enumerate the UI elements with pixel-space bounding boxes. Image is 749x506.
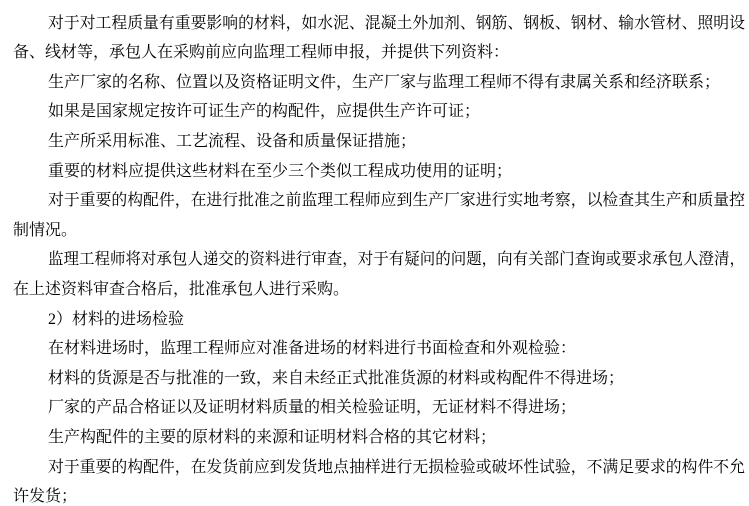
clipped-heading-line: 1）材料的质量控制 <box>13 0 749 9</box>
text-line: 对于重要的构配件，在进行批准之前监理工程师应到生产厂家进行实地考察，以检查其生产… <box>13 186 749 216</box>
text-line-content: 对于重要的构配件，在进行批准之前监理工程师应到生产厂家进行实地考察，以检查其生产… <box>48 186 745 216</box>
text-line: 在上述资料审查合格后，批准承包人进行采购。 <box>13 275 749 305</box>
text-line-content: 在上述资料审查合格后，批准承包人进行采购。 <box>13 275 349 305</box>
text-line: 生产构配件的主要的原材料的来源和证明材料合格的其它材料； <box>13 423 749 453</box>
document-text: 1）材料的质量控制 对于对工程质量有重要影响的材料，如水泥、混凝土外加剂、钢筋、… <box>13 0 749 506</box>
text-line-content: 对于对工程质量有重要影响的材料，如水泥、混凝土外加剂、钢筋、钢板、钢材、输水管材… <box>48 9 745 39</box>
subsection-heading-text: 2）材料的进场检验 <box>48 305 184 335</box>
text-line: 生产厂家的名称、位置以及资格证明文件，生产厂家与监理工程师不得有隶属关系和经济联… <box>13 68 749 98</box>
text-line: 厂家的产品合格证以及证明材料质量的相关检验证明，无证材料不得进场； <box>13 393 749 423</box>
text-line-content: 生产所采用标准、工艺流程、设备和质量保证措施； <box>48 127 416 157</box>
text-line: 材料的货源是否与批准的一致，来自未经正式批准货源的材料或构配件不得进场； <box>13 364 749 394</box>
document-page: 1）材料的质量控制 对于对工程质量有重要影响的材料，如水泥、混凝土外加剂、钢筋、… <box>0 0 749 506</box>
text-line-content: 材料的货源是否与批准的一致，来自未经正式批准货源的材料或构配件不得进场； <box>48 364 624 394</box>
text-line-content: 如果是国家规定按许可证生产的构配件，应提供生产许可证； <box>48 97 480 127</box>
text-line-content: 在材料进场时，监理工程师应对准备进场的材料进行书面检查和外观检验： <box>48 334 576 364</box>
text-line: 重要的材料应提供这些材料在至少三个类似工程成功使用的证明； <box>13 157 749 187</box>
text-line-content: 许发货； <box>13 482 77 506</box>
text-line: 许发货； <box>13 482 749 506</box>
text-line: 制情况。 <box>13 216 749 246</box>
text-line: 监理工程师将对承包人递交的资料进行审查，对于有疑问的问题，向有关部门查询或要求承… <box>13 245 749 275</box>
text-line: 对于重要的构配件，在发货前应到发货地点抽样进行无损检验或破坏性试验，不满足要求的… <box>13 453 749 483</box>
text-line-content: 监理工程师将对承包人递交的资料进行审查，对于有疑问的问题，向有关部门查询或要求承… <box>48 245 745 275</box>
text-line: 在材料进场时，监理工程师应对准备进场的材料进行书面检查和外观检验： <box>13 334 749 364</box>
clipped-heading-text: 1）材料的质量控制 <box>48 0 184 9</box>
subsection-heading-line: 2）材料的进场检验 <box>13 305 749 335</box>
text-line-content: 厂家的产品合格证以及证明材料质量的相关检验证明，无证材料不得进场； <box>48 393 576 423</box>
text-line: 如果是国家规定按许可证生产的构配件，应提供生产许可证； <box>13 97 749 127</box>
text-line-content: 生产厂家的名称、位置以及资格证明文件，生产厂家与监理工程师不得有隶属关系和经济联… <box>48 68 720 98</box>
text-line: 对于对工程质量有重要影响的材料，如水泥、混凝土外加剂、钢筋、钢板、钢材、输水管材… <box>13 9 749 39</box>
text-line-content: 对于重要的构配件，在发货前应到发货地点抽样进行无损检验或破坏性试验，不满足要求的… <box>48 453 745 483</box>
text-line-content: 制情况。 <box>13 216 77 246</box>
text-line-content: 生产构配件的主要的原材料的来源和证明材料合格的其它材料； <box>48 423 496 453</box>
text-line-content: 备、线材等，承包人在采购前应向监理工程师申报，并提供下列资料： <box>13 38 509 68</box>
text-line: 备、线材等，承包人在采购前应向监理工程师申报，并提供下列资料： <box>13 38 749 68</box>
text-line: 生产所采用标准、工艺流程、设备和质量保证措施； <box>13 127 749 157</box>
text-line-content: 重要的材料应提供这些材料在至少三个类似工程成功使用的证明； <box>48 157 512 187</box>
